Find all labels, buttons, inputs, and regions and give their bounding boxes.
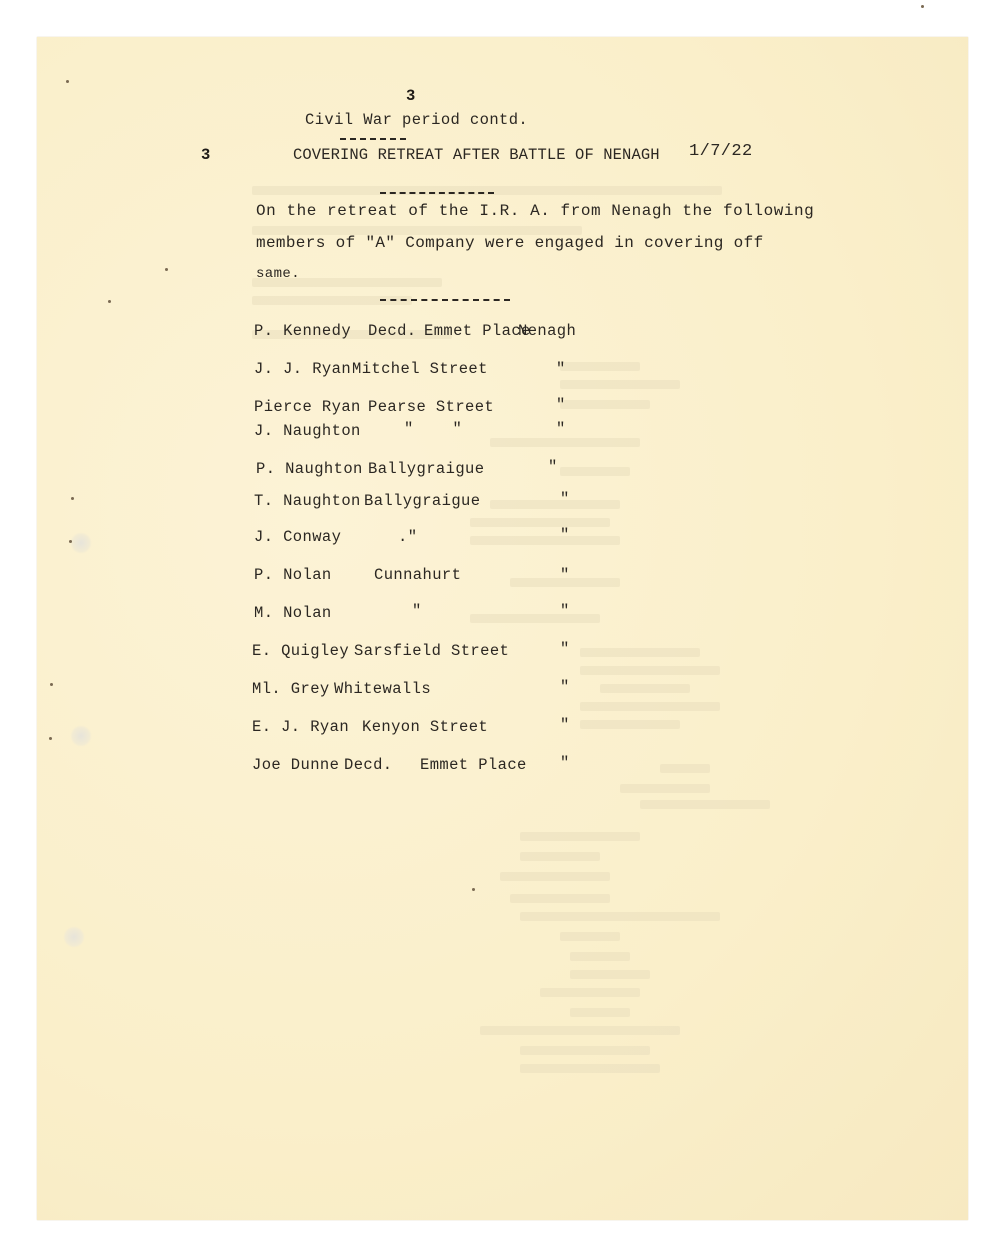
member-town: " (556, 360, 566, 378)
member-address: Whitewalls (334, 680, 431, 698)
intro-underline (380, 299, 510, 301)
intro-line-2: members of "A" Company were engaged in c… (256, 234, 764, 252)
intro-line-1: On the retreat of the I.R. A. from Nenag… (256, 202, 814, 220)
member-town: " (560, 640, 570, 658)
member-address: Emmet Place (424, 322, 531, 340)
member-town: " (560, 678, 570, 696)
document-title: COVERING RETREAT AFTER BATTLE OF NENAGH (293, 146, 660, 164)
member-town: Nenagh (518, 322, 576, 340)
member-address: Mitchel Street (352, 360, 488, 378)
member-name: T. Naughton (254, 492, 361, 510)
member-note: Decd. (368, 322, 417, 340)
member-name: Pierce Ryan (254, 398, 361, 416)
heading-underline (340, 138, 406, 140)
member-address: Pearse Street (368, 398, 494, 416)
member-address: Cunnahurt (374, 566, 461, 584)
title-underline (380, 192, 494, 194)
member-name: P. Kennedy (254, 322, 351, 340)
member-town: " (560, 754, 570, 772)
member-name: E. J. Ryan (252, 718, 349, 736)
member-town: " (560, 716, 570, 734)
member-town: " (548, 458, 558, 476)
member-town: " (556, 420, 566, 438)
member-address: ." (398, 528, 417, 546)
member-name: E. Quigley (252, 642, 349, 660)
member-name: P. Naughton (256, 460, 363, 478)
page-number: 3 (406, 87, 416, 105)
member-town: " (560, 566, 570, 584)
section-heading: Civil War period contd. (305, 111, 528, 129)
member-name: Joe Dunne (252, 756, 339, 774)
member-town: " (560, 602, 570, 620)
member-address: Ballygraigue (368, 460, 484, 478)
member-town: " (556, 396, 566, 414)
member-address: Emmet Place (420, 756, 527, 774)
member-name: M. Nolan (254, 604, 332, 622)
member-address: " (412, 602, 422, 620)
member-address: " " (404, 420, 462, 438)
intro-line-3: same. (256, 266, 300, 282)
margin-mark: 3 (201, 146, 211, 164)
member-town: " (560, 490, 570, 508)
member-name: Ml. Grey (252, 680, 330, 698)
member-name: J. Naughton (254, 422, 361, 440)
member-name: J. Conway (254, 528, 341, 546)
member-note: Decd. (344, 756, 393, 774)
member-name: J. J. Ryan (254, 360, 351, 378)
member-town: " (560, 526, 570, 544)
member-name: P. Nolan (254, 566, 332, 584)
member-address: Sarsfield Street (354, 642, 509, 660)
member-address: Ballygraigue (364, 492, 480, 510)
member-address: Kenyon Street (362, 718, 488, 736)
document-date: 1/7/22 (689, 142, 753, 161)
